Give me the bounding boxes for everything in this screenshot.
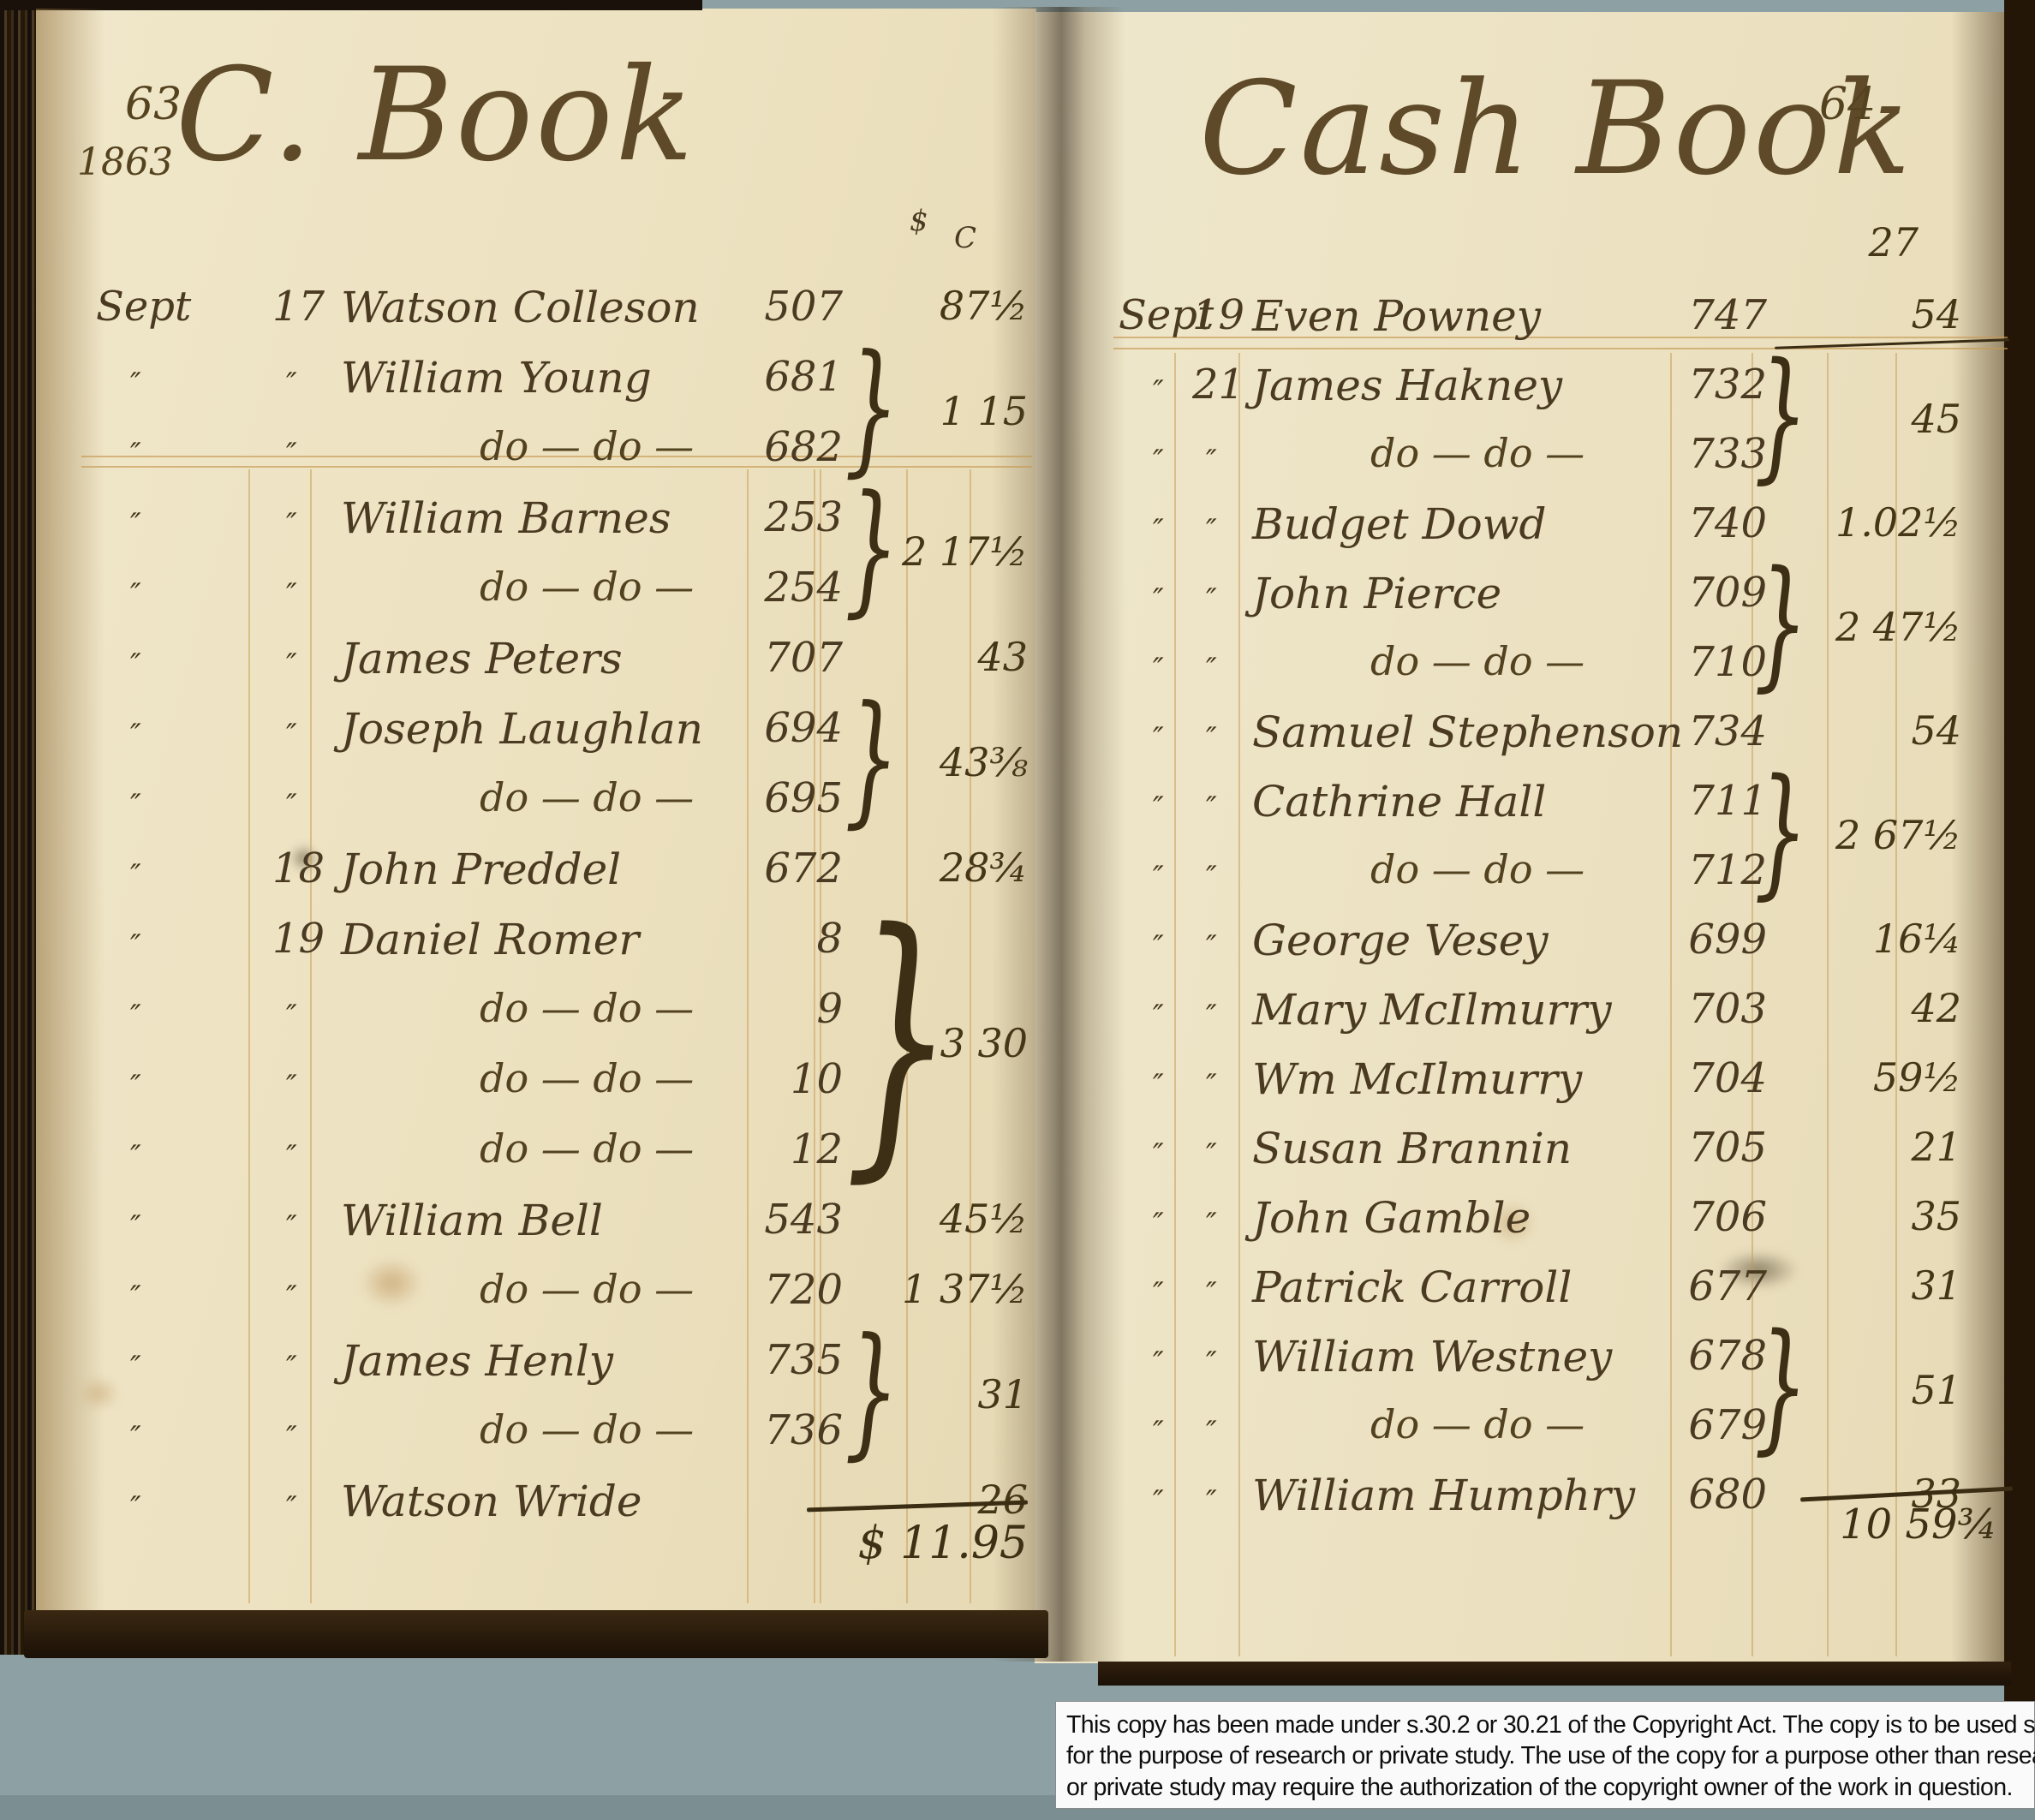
entry-amount: 31 (880, 1371, 1028, 1417)
entry-day: ″ (1206, 999, 1219, 1033)
stain (79, 1375, 120, 1411)
copyright-line: This copy has been made under s.30.2 or … (1066, 1710, 2024, 1740)
entry-day: ″ (1206, 860, 1219, 894)
entry-ledger-number: 507 (726, 283, 843, 331)
entry-month: ″ (130, 437, 143, 471)
entry-name: John Preddel (341, 844, 621, 894)
entry-ledger-number: 681 (726, 353, 843, 401)
entry-amount: 87½ (880, 283, 1028, 329)
book-bottom-edge-right (1098, 1662, 2011, 1686)
entry-ledger-number: 254 (726, 564, 843, 612)
entry-day: ″ (286, 1139, 299, 1173)
entry-ledger-number: 694 (726, 704, 843, 752)
cents-column-symbol: C (954, 221, 976, 255)
entry-name: Susan Brannin (1252, 1124, 1572, 1173)
copyright-notice: This copy has been made under s.30.2 or … (1055, 1701, 2035, 1809)
entry-day: ″ (1206, 1415, 1219, 1449)
entry-ledger-number: 679 (1656, 1401, 1767, 1449)
entry-amount: 43⅜ (880, 739, 1028, 785)
entry-month: ″ (130, 1420, 143, 1454)
column-rule (248, 469, 250, 1603)
entry-day: ″ (1206, 1276, 1219, 1310)
entry-month: ″ (1153, 1276, 1166, 1310)
entry-amount: 45½ (880, 1196, 1028, 1242)
entry-ledger-number: 672 (726, 844, 843, 892)
column-rule (1174, 353, 1176, 1656)
entry-ledger-number: 747 (1656, 291, 1767, 339)
cash-book-scan: 63 1863 C. Book $ C Cash Book 64 27 Sept… (0, 0, 2035, 1820)
entry-day: ″ (286, 718, 299, 752)
column-rule (310, 469, 312, 1603)
entry-ledger-number: 740 (1656, 499, 1767, 547)
entry-name: do — do — (480, 423, 694, 469)
entry-day: ″ (1206, 1207, 1219, 1241)
entry-name: William Young (341, 353, 652, 403)
entry-month: ″ (130, 577, 143, 612)
entry-ledger-number: 699 (1656, 916, 1767, 964)
entry-day: 17 (272, 283, 325, 331)
entry-day: ″ (1206, 929, 1219, 964)
book-spine (0, 0, 38, 1655)
entry-month: ″ (130, 1350, 143, 1384)
entry-month: ″ (1153, 721, 1166, 755)
entry-name: George Vesey (1252, 916, 1549, 965)
right-page-title: Cash Book (1199, 55, 1913, 204)
stain (360, 1257, 423, 1309)
entry-month: ″ (1153, 652, 1166, 686)
entry-name: John Pierce (1252, 569, 1501, 618)
entry-day: ″ (1206, 1346, 1219, 1380)
entry-month: ″ (1153, 1346, 1166, 1380)
copyright-line: or private study may require the authori… (1066, 1772, 2024, 1803)
entry-name: James Henly (341, 1336, 613, 1386)
entry-name: Watson Wride (341, 1477, 642, 1526)
entry-ledger-number: 705 (1656, 1124, 1767, 1172)
entry-name: do — do — (480, 1406, 694, 1453)
entry-month: ″ (130, 1280, 143, 1314)
entry-ledger-number: 734 (1656, 707, 1767, 755)
entry-month: ″ (1153, 1415, 1166, 1449)
entry-day: ″ (286, 507, 299, 541)
entry-amount: 16¼ (1788, 916, 1961, 962)
entry-name: do — do — (480, 1055, 694, 1101)
entry-ledger-number: 709 (1656, 569, 1767, 617)
entry-day: ″ (286, 1069, 299, 1103)
entry-month: ″ (130, 1139, 143, 1173)
entry-month: ″ (1153, 1137, 1166, 1172)
entry-month: ″ (1153, 582, 1166, 617)
entry-month: ″ (130, 1490, 143, 1525)
copyright-line: for the purpose of research or private s… (1066, 1740, 2024, 1771)
entry-amount: 54 (1788, 707, 1961, 754)
entry-month: ″ (1153, 999, 1166, 1033)
entry-amount: 1 15 (880, 388, 1028, 434)
entry-ledger-number: 12 (726, 1125, 843, 1173)
entry-amount: 54 (1788, 291, 1961, 337)
entry-amount: 59½ (1788, 1054, 1961, 1101)
entry-day: ″ (286, 647, 299, 682)
entry-day: ″ (1206, 1484, 1219, 1519)
entry-ledger-number: 733 (1656, 430, 1767, 478)
entry-name: do — do — (480, 1125, 694, 1172)
entry-name: Patrick Carroll (1252, 1262, 1572, 1312)
entry-month: ″ (1153, 1484, 1166, 1519)
entry-month: ″ (130, 1209, 143, 1244)
entry-month: ″ (130, 788, 143, 822)
entry-name: James Hakney (1252, 361, 1562, 410)
entry-day: ″ (286, 437, 299, 471)
entry-ledger-number: 680 (1656, 1471, 1767, 1519)
entry-day: ″ (286, 1350, 299, 1384)
entry-amount: 1.02½ (1788, 499, 1961, 546)
book-cover-right-edge (2004, 0, 2035, 1706)
entry-amount: 2 47½ (1788, 604, 1961, 650)
entry-amount: 42 (1788, 985, 1961, 1031)
entry-name: Samuel Stephenson (1252, 707, 1683, 757)
entry-amount: 3 30 (880, 1020, 1028, 1066)
entry-day: ″ (1206, 1068, 1219, 1102)
entry-month: ″ (130, 367, 143, 401)
entry-day: 19 (1192, 291, 1244, 339)
entry-name: do — do — (480, 564, 694, 610)
left-page-year: 1863 (77, 140, 173, 184)
entry-day: ″ (286, 577, 299, 612)
entry-month: ″ (1153, 513, 1166, 547)
entry-day: ″ (1206, 721, 1219, 755)
entry-ledger-number: 8 (726, 915, 843, 963)
entry-day: ″ (286, 1420, 299, 1454)
entry-ledger-number: 678 (1656, 1332, 1767, 1380)
entry-name: Watson Colleson (341, 283, 700, 332)
entry-ledger-number: 10 (726, 1055, 843, 1103)
entry-ledger-number: 677 (1656, 1262, 1767, 1310)
entry-day: ″ (1206, 582, 1219, 617)
carried-forward-figure: 27 (1799, 219, 1919, 266)
entry-name: Daniel Romer (341, 915, 639, 964)
entry-name: Joseph Laughlan (341, 704, 703, 754)
left-page-title: C. Book (176, 41, 696, 190)
entry-amount: 45 (1788, 396, 1961, 442)
entry-amount: 21 (1788, 1124, 1961, 1170)
entry-ledger-number: 707 (726, 634, 843, 682)
entry-day: ″ (286, 788, 299, 822)
entry-month: ″ (1153, 1068, 1166, 1102)
entry-ledger-number: 720 (726, 1266, 843, 1314)
left-page-total: $ 11.95 (848, 1518, 1028, 1569)
entry-month: ″ (1153, 791, 1166, 825)
entry-month: ″ (130, 999, 143, 1033)
entry-ledger-number: 543 (726, 1196, 843, 1244)
entry-name: do — do — (1370, 430, 1584, 476)
entry-name: Cathrine Hall (1252, 777, 1546, 826)
entry-name: Mary McIlmurry (1252, 985, 1612, 1035)
entry-ledger-number: 710 (1656, 638, 1767, 686)
entry-name: do — do — (480, 774, 694, 820)
entry-name: Even Powney (1252, 291, 1541, 341)
entry-ledger-number: 253 (726, 493, 843, 541)
entry-month: ″ (130, 858, 143, 892)
entry-month: ″ (130, 928, 143, 963)
entry-day: ″ (1206, 444, 1219, 478)
column-rule (1238, 353, 1240, 1656)
entry-day: ″ (286, 999, 299, 1033)
entry-day: ″ (286, 367, 299, 401)
entry-month: ″ (1153, 374, 1166, 409)
entry-name: do — do — (1370, 846, 1584, 892)
entry-month: Sept (96, 283, 191, 331)
entry-day: ″ (1206, 791, 1219, 825)
entry-day: 19 (272, 915, 325, 963)
entry-name: William Westney (1252, 1332, 1612, 1381)
left-page-number: 63 (125, 79, 182, 130)
entry-name: John Gamble (1252, 1193, 1531, 1243)
entry-month: ″ (130, 647, 143, 682)
left-page-curve-shadow (36, 9, 104, 1612)
right-page-total: 10 59¾ (1809, 1501, 1997, 1548)
entry-day: 18 (272, 844, 325, 892)
entry-amount: 2 67½ (1788, 812, 1961, 858)
entry-month: ″ (1153, 929, 1166, 964)
dollar-column-symbol: $ (910, 204, 928, 238)
entry-name: do — do — (480, 985, 694, 1031)
entry-amount: 35 (1788, 1193, 1961, 1239)
entry-name: do — do — (480, 1266, 694, 1312)
entry-amount: 1 37½ (880, 1266, 1028, 1312)
entry-ledger-number: 736 (726, 1406, 843, 1454)
entry-amount: 43 (880, 634, 1028, 680)
book-bottom-edge-left (24, 1610, 1048, 1658)
entry-name: William Bell (341, 1196, 603, 1245)
entry-day: ″ (1206, 513, 1219, 547)
entry-month: ″ (1153, 1207, 1166, 1241)
entry-month: ″ (1153, 444, 1166, 478)
entry-name: Budget Dowd (1252, 499, 1547, 549)
entry-month: ″ (130, 718, 143, 752)
right-page-number: 64 (1819, 79, 1876, 130)
entry-amount: 31 (1788, 1262, 1961, 1309)
entry-day: ″ (1206, 1137, 1219, 1172)
entry-month: ″ (130, 1069, 143, 1103)
entry-ledger-number: 9 (726, 985, 843, 1033)
entry-amount: 51 (1788, 1367, 1961, 1413)
entry-day: ″ (286, 1209, 299, 1244)
entry-day: ″ (1206, 652, 1219, 686)
entry-day: ″ (286, 1280, 299, 1314)
entry-day: 21 (1192, 361, 1244, 409)
entry-amount: 26 (880, 1477, 1028, 1523)
entry-month: ″ (1153, 860, 1166, 894)
entry-ledger-number: 712 (1656, 846, 1767, 894)
entry-name: do — do — (1370, 1401, 1584, 1447)
entry-day: ″ (286, 1490, 299, 1525)
book-top-edge (0, 0, 702, 10)
entry-ledger-number: 703 (1656, 985, 1767, 1033)
entry-name: James Peters (341, 634, 623, 683)
entry-ledger-number: 735 (726, 1336, 843, 1384)
entry-ledger-number: 732 (1656, 361, 1767, 409)
entry-month: ″ (130, 507, 143, 541)
header-rule (1113, 348, 2008, 349)
entry-name: William Barnes (341, 493, 671, 543)
entry-ledger-number: 711 (1656, 777, 1767, 825)
entry-name: William Humphry (1252, 1471, 1635, 1520)
entry-name: do — do — (1370, 638, 1584, 684)
entry-amount: 2 17½ (880, 528, 1028, 575)
entry-ledger-number: 706 (1656, 1193, 1767, 1241)
entry-ledger-number: 704 (1656, 1054, 1767, 1102)
entry-ledger-number: 682 (726, 423, 843, 471)
entry-name: Wm McIlmurry (1252, 1054, 1582, 1104)
entry-ledger-number: 695 (726, 774, 843, 822)
